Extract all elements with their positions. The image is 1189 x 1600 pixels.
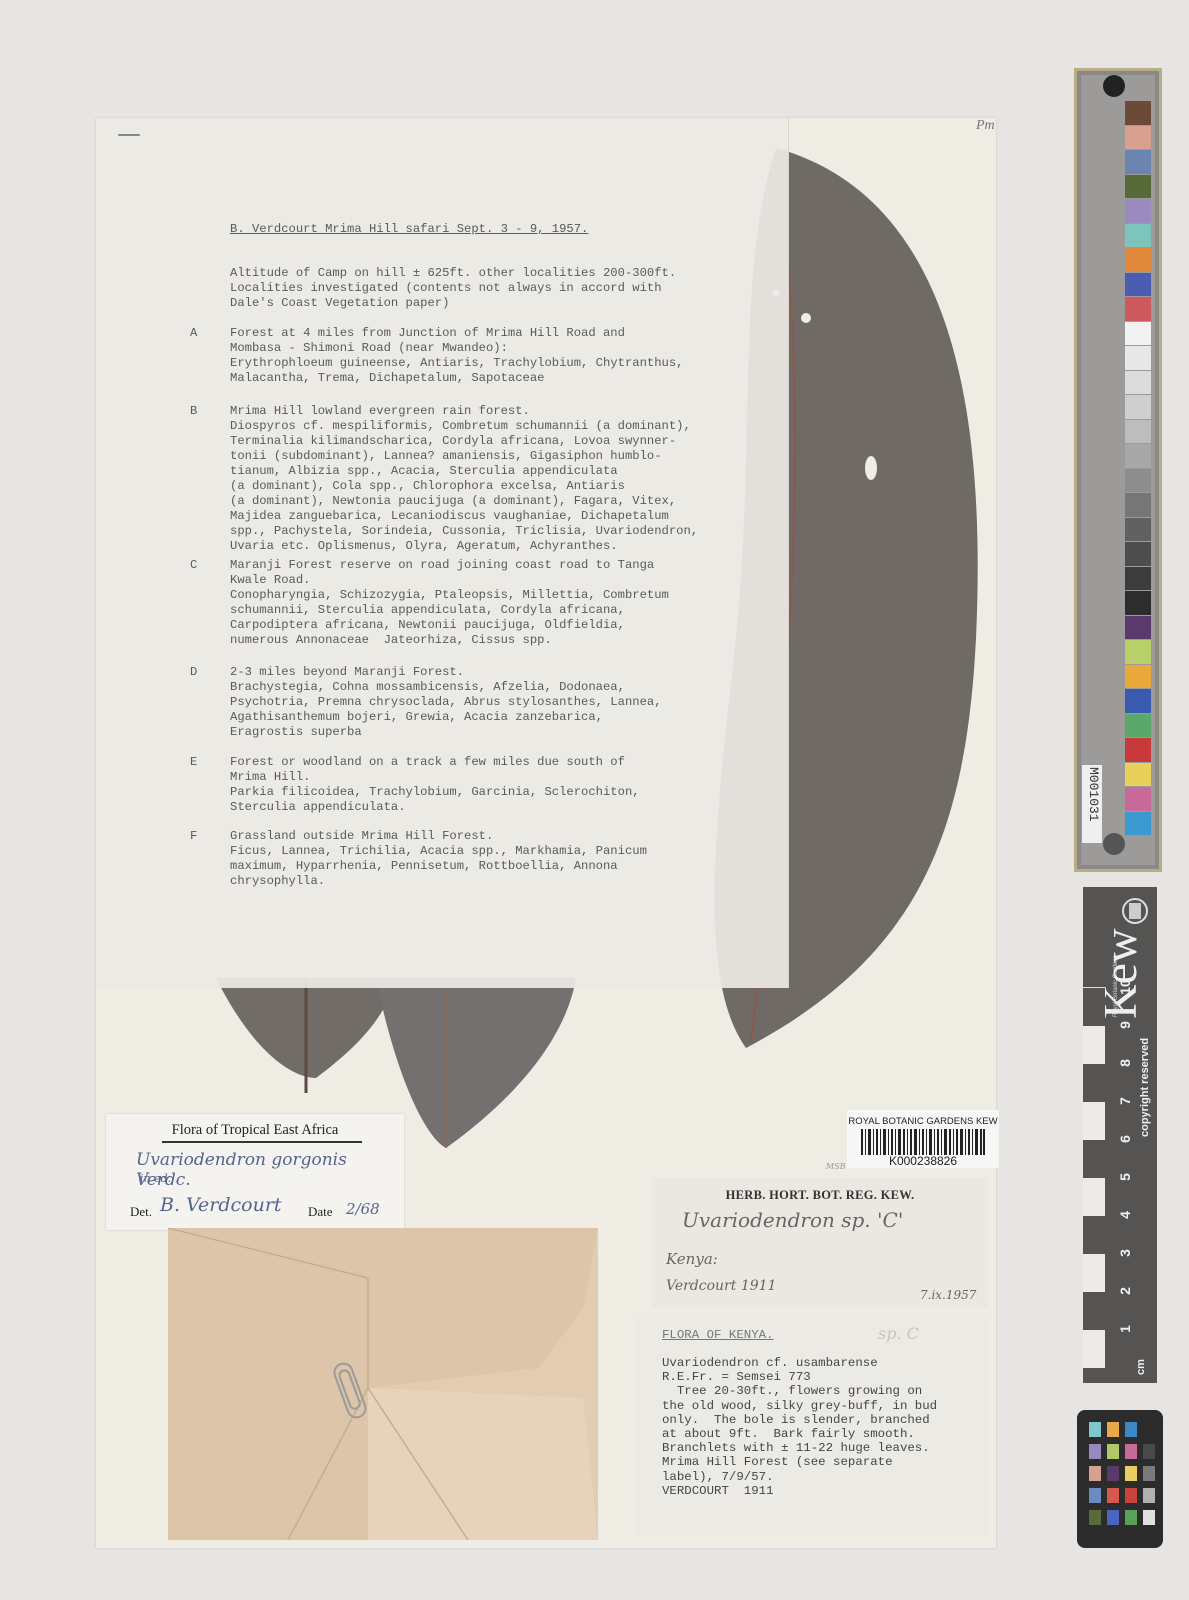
scale-segment — [1083, 1253, 1105, 1292]
section-text: Forest at 4 miles from Junction of Mrima… — [230, 326, 683, 386]
fragment-packet[interactable] — [168, 1228, 598, 1540]
color-chip — [1089, 1422, 1101, 1437]
color-swatch — [1125, 616, 1151, 640]
section-letter: E — [190, 755, 197, 770]
field-notes-intro: Altitude of Camp on hill ± 625ft. other … — [230, 266, 676, 311]
scale-tick-label: 5 — [1117, 1167, 1133, 1187]
color-swatch — [1125, 248, 1151, 272]
color-chip — [1125, 1466, 1137, 1481]
field-notes-title: B. Verdcourt Mrima Hill safari Sept. 3 -… — [230, 222, 588, 237]
color-swatch — [1125, 640, 1151, 664]
taxon-name: Uvariodendron sp. 'C' — [682, 1208, 903, 1232]
color-swatch — [1125, 591, 1151, 615]
determination-qualifier: in ed. — [140, 1172, 171, 1185]
scale-segment — [1083, 1177, 1105, 1216]
color-chip — [1107, 1422, 1119, 1437]
section-text: Maranji Forest reserve on road joining c… — [230, 558, 669, 648]
barcode-institution: ROYAL BOTANIC GARDENS KEW — [847, 1116, 999, 1127]
registration-dot — [1103, 833, 1125, 855]
color-swatch — [1125, 567, 1151, 591]
color-swatches — [1077, 71, 1159, 869]
color-chip — [1089, 1510, 1101, 1525]
color-chip — [1125, 1488, 1137, 1503]
color-swatch — [1125, 542, 1151, 566]
color-chip — [1143, 1510, 1155, 1525]
unit-label: cm — [1135, 1359, 1147, 1375]
color-chip — [1107, 1444, 1119, 1459]
color-calibration-bar: M001031 — [1074, 68, 1162, 872]
cm-scale: 12345678910 — [1083, 887, 1157, 1383]
section-letter: D — [190, 665, 197, 680]
color-chip — [1107, 1510, 1119, 1525]
det-date: 2/68 — [346, 1200, 380, 1218]
collection-date: 7.ix.1957 — [920, 1288, 976, 1302]
color-swatch — [1125, 714, 1151, 738]
color-chip — [1143, 1488, 1155, 1503]
scale-tick-label: 6 — [1117, 1129, 1133, 1149]
color-swatch — [1125, 469, 1151, 493]
color-swatch — [1125, 763, 1151, 787]
color-swatch — [1125, 518, 1151, 542]
date-label: Date — [308, 1204, 333, 1220]
section-text: Grassland outside Mrima Hill Forest. Fic… — [230, 829, 647, 889]
color-swatch — [1125, 371, 1151, 395]
scale-tick-label: 10 — [1117, 977, 1133, 997]
scale-tick-label: 9 — [1117, 1015, 1133, 1035]
determination-slip-title: Flora of Tropical East Africa — [106, 1122, 404, 1139]
color-swatch — [1125, 493, 1151, 517]
herbarium-label: HERB. HORT. BOT. REG. KEW. Uvariodendron… — [652, 1178, 988, 1308]
color-swatch — [1125, 273, 1151, 297]
barcode-id: K000238826 — [847, 1154, 999, 1168]
color-swatch — [1125, 322, 1151, 346]
det-signature: B. Verdcourt — [160, 1194, 282, 1216]
scale-tick-label: 8 — [1117, 1053, 1133, 1073]
corner-mark: Pm — [976, 118, 995, 134]
scale-segment — [1083, 987, 1105, 1026]
mini-color-checker — [1077, 1410, 1163, 1548]
color-swatch — [1125, 199, 1151, 223]
color-swatch — [1125, 395, 1151, 419]
color-swatch — [1125, 738, 1151, 762]
det-label: Det. — [130, 1204, 152, 1220]
color-chip — [1107, 1488, 1119, 1503]
title-rule — [162, 1141, 362, 1143]
color-swatch — [1125, 812, 1151, 836]
color-swatch — [1125, 101, 1151, 125]
kew-scale-bar: Royal Botanic Gardens Kew copyright rese… — [1083, 887, 1157, 1383]
color-chip — [1125, 1510, 1137, 1525]
color-chip — [1107, 1466, 1119, 1481]
barcode-icon — [861, 1129, 985, 1155]
pin-mark — [118, 134, 140, 136]
color-swatch — [1125, 444, 1151, 468]
color-swatch — [1125, 297, 1151, 321]
section-letter: F — [190, 829, 197, 844]
determination-slip: Flora of Tropical East Africa Uvariodend… — [106, 1114, 404, 1230]
scale-segment — [1083, 1101, 1105, 1140]
color-bar-id: M001031 — [1082, 765, 1102, 843]
color-swatch — [1125, 224, 1151, 248]
color-swatch — [1125, 150, 1151, 174]
color-chip — [1143, 1466, 1155, 1481]
color-chip — [1125, 1422, 1137, 1437]
scale-tick-label: 4 — [1117, 1205, 1133, 1225]
section-letter: B — [190, 404, 197, 419]
scale-tick-label: 2 — [1117, 1281, 1133, 1301]
section-text: Mrima Hill lowland evergreen rain forest… — [230, 404, 698, 554]
color-swatch — [1125, 346, 1151, 370]
color-swatch — [1125, 787, 1151, 811]
section-text: Forest or woodland on a track a few mile… — [230, 755, 640, 815]
scale-segment — [1083, 1025, 1105, 1064]
color-swatch — [1125, 689, 1151, 713]
scale-segment — [1083, 1139, 1105, 1178]
color-chip — [1089, 1488, 1101, 1503]
color-chip — [1143, 1422, 1155, 1437]
country: Kenya: — [666, 1250, 718, 1268]
color-swatch — [1125, 420, 1151, 444]
scale-tick-label: 1 — [1117, 1319, 1133, 1339]
collector-number: Verdcourt 1911 — [666, 1278, 776, 1294]
scale-segment — [1083, 1063, 1105, 1102]
determination-name: Uvariodendron gorgonis Verdc. — [136, 1150, 404, 1190]
small-mark: MSB — [826, 1162, 846, 1171]
color-chip — [1125, 1444, 1137, 1459]
kenya-label-body: Uvariodendron cf. usambarense R.E.Fr. = … — [662, 1356, 937, 1498]
section-letter: C — [190, 558, 197, 573]
scale-segment — [1083, 1329, 1105, 1368]
color-swatch — [1125, 126, 1151, 150]
kenya-label-title: FLORA OF KENYA. — [662, 1328, 774, 1342]
color-swatch — [1125, 175, 1151, 199]
section-letter: A — [190, 326, 197, 341]
herbarium-label-title: HERB. HORT. BOT. REG. KEW. — [652, 1188, 988, 1203]
field-notes-sheet: B. Verdcourt Mrima Hill safari Sept. 3 -… — [96, 118, 789, 988]
flora-of-kenya-label: FLORA OF KENYA. sp. C Uvariodendron cf. … — [634, 1314, 990, 1536]
section-text: 2-3 miles beyond Maranji Forest. Brachys… — [230, 665, 662, 740]
color-swatch — [1125, 665, 1151, 689]
pencil-annotation: sp. C — [878, 1324, 919, 1343]
scale-tick-label: 3 — [1117, 1243, 1133, 1263]
scale-tick-label: 7 — [1117, 1091, 1133, 1111]
barcode-label: ROYAL BOTANIC GARDENS KEW K000238826 — [847, 1110, 999, 1168]
color-chip — [1143, 1444, 1155, 1459]
color-chip — [1089, 1444, 1101, 1459]
color-chip — [1089, 1466, 1101, 1481]
scale-segment — [1083, 1215, 1105, 1254]
scale-segment — [1083, 1291, 1105, 1330]
